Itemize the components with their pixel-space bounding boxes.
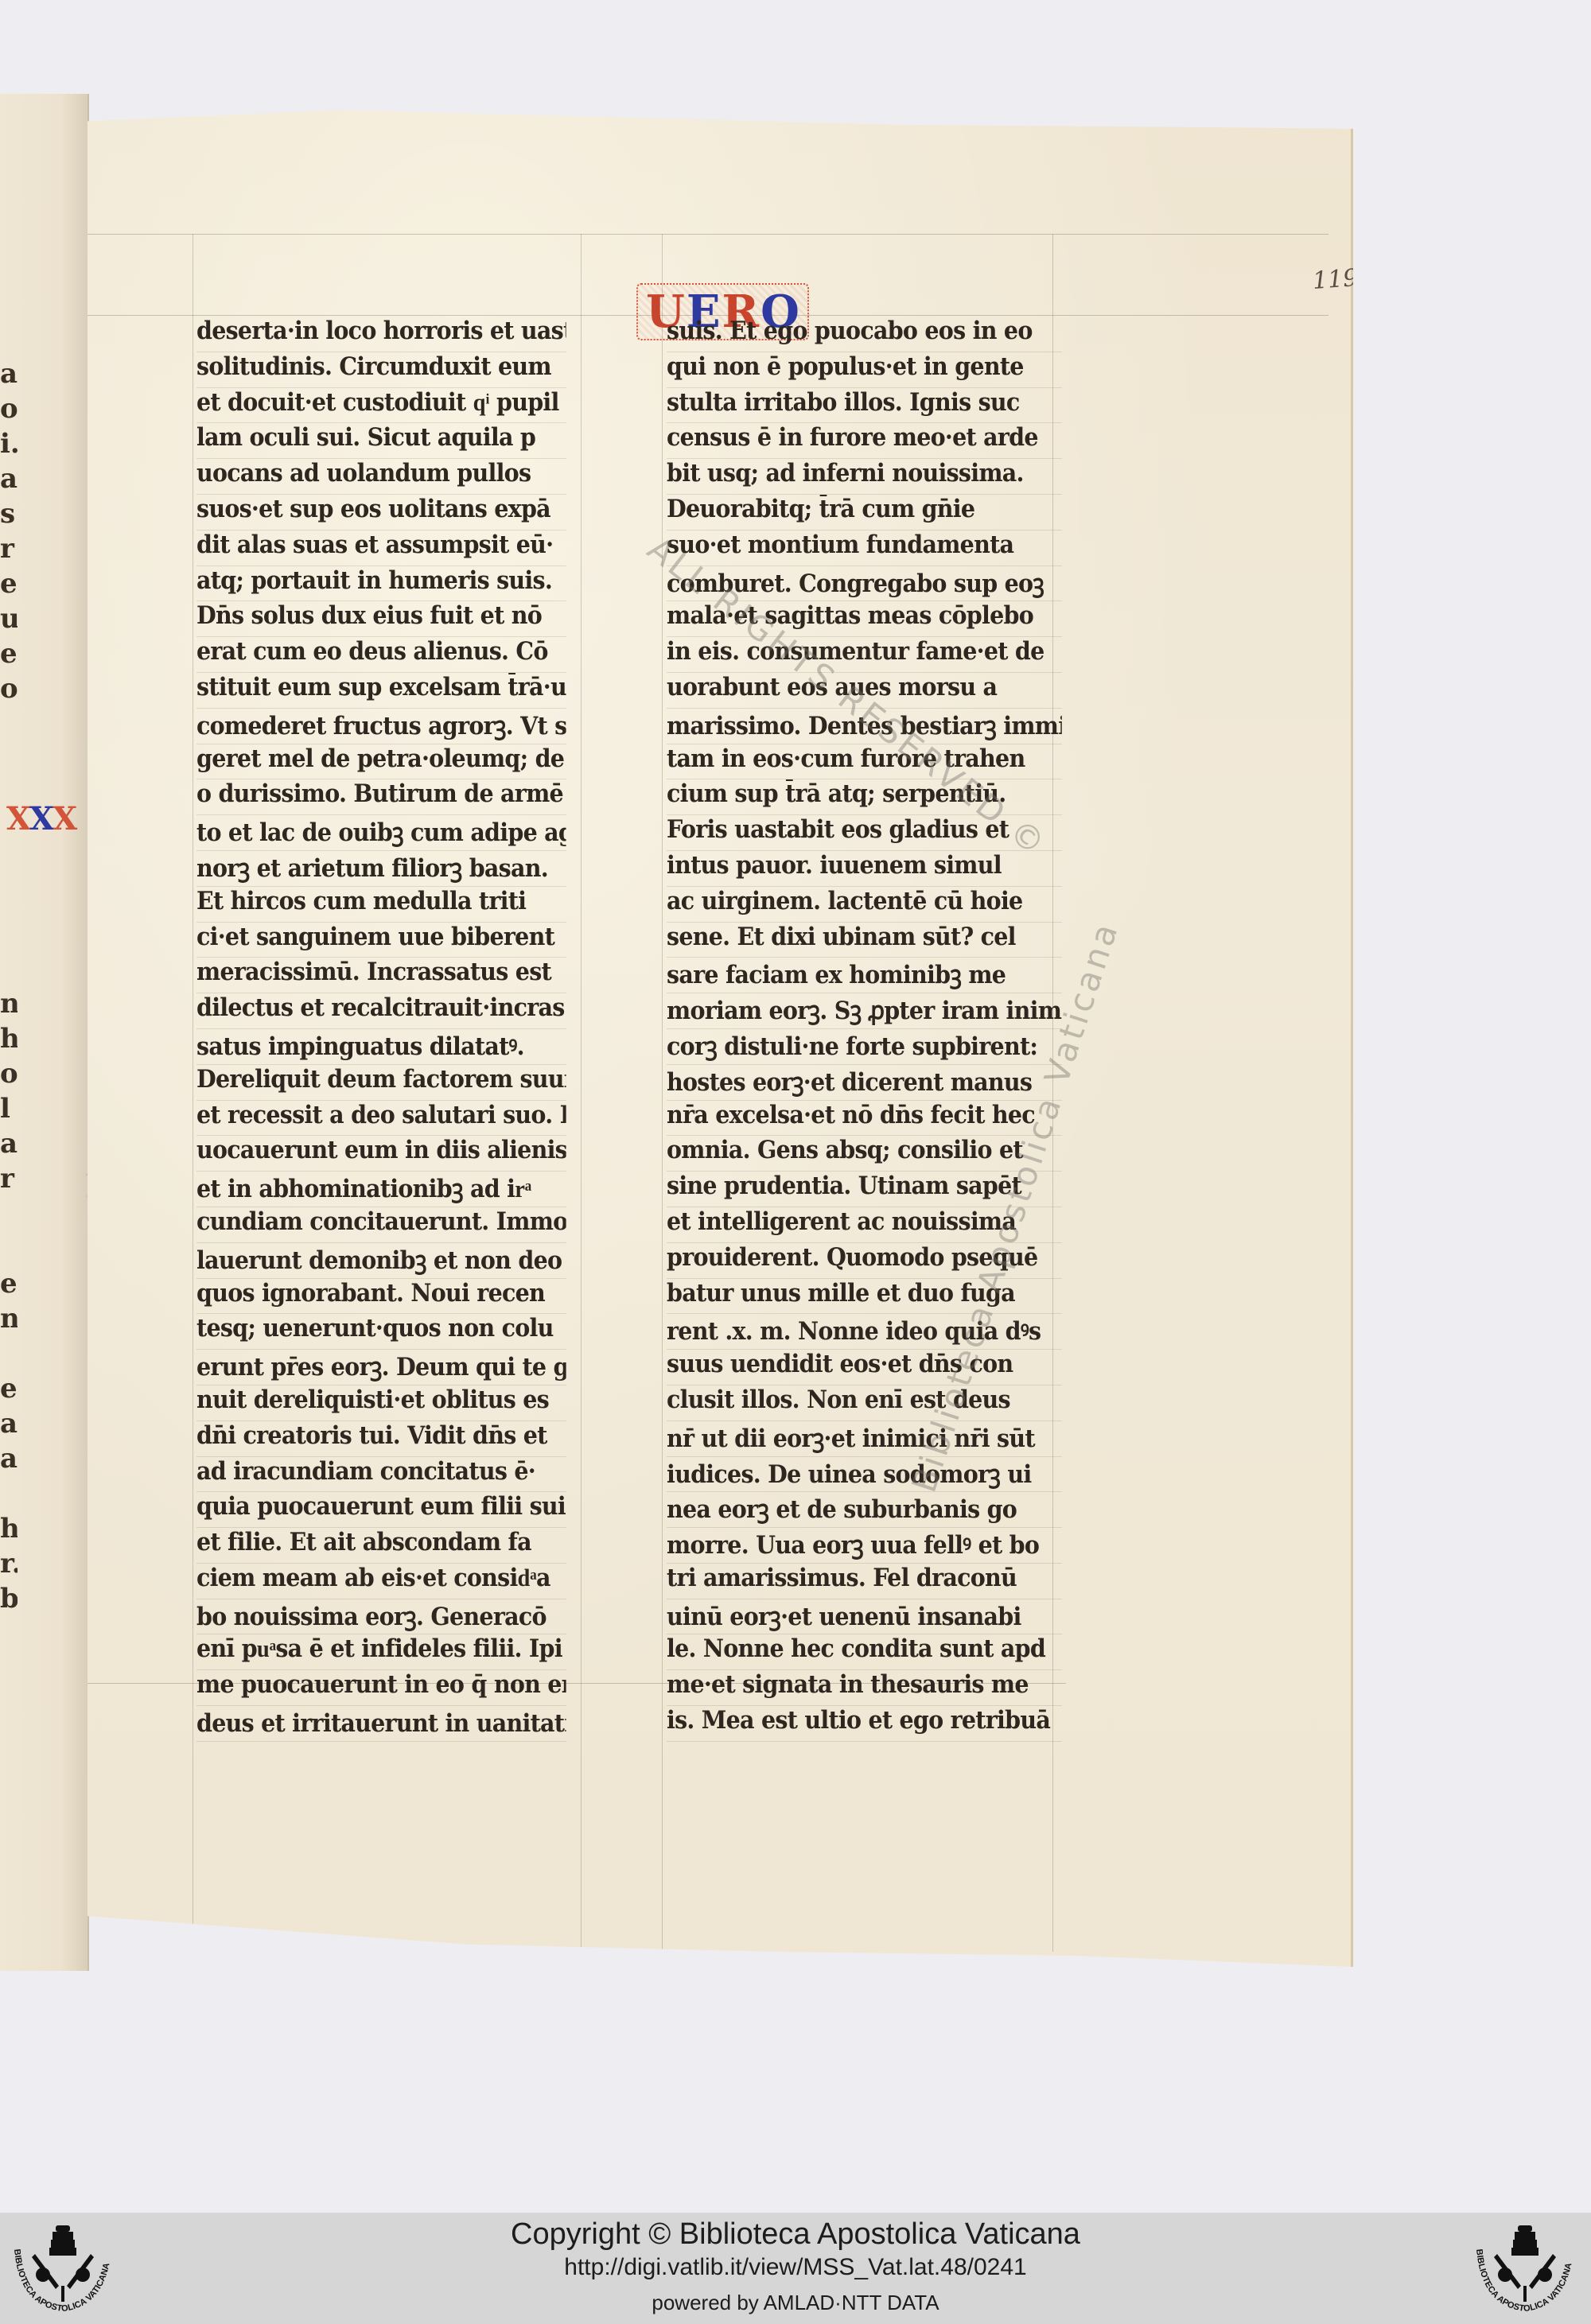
- manuscript-line: corꝫ distuli·ne forte supbirent:: [667, 1029, 1062, 1065]
- chapter-rubric-numeral: XXX: [6, 802, 84, 837]
- left-page-line-fragment: [0, 1476, 18, 1511]
- ruling-line-vertical: [193, 234, 193, 1952]
- manuscript-line: comederet fructus agrorꝫ. Vt sug: [196, 709, 566, 744]
- manuscript-line: me puocauerunt in eo q̄ non erat: [196, 1670, 566, 1706]
- left-page-line-fragment: a: [0, 1441, 18, 1476]
- manuscript-line: atq; portauit in humeris suis.: [196, 566, 566, 602]
- manuscript-line: sene. Et dixi ubinam sūt? cel: [667, 923, 1062, 958]
- manuscript-line: enī puͣsa ē et infideles filii. Ipi: [196, 1634, 566, 1670]
- manuscript-line: suos·et sup eos uolitans expā: [196, 495, 566, 530]
- manuscript-line: qui non ē populus·et in gente: [667, 352, 1062, 388]
- left-page-line-fragment: r.: [0, 1546, 18, 1581]
- manuscript-line: Deuorabitq; t̄rā cum gn̄ie: [667, 495, 1062, 530]
- powered-by-text: powered by AMLAD·NTT DATA: [0, 2291, 1591, 2315]
- manuscript-line: deus et irritauerunt in uanitatibꝰ: [196, 1706, 566, 1742]
- ruling-line-horizontal: [88, 234, 1328, 235]
- manuscript-line: uocauerunt eum in diis alienis.: [196, 1136, 566, 1172]
- manuscript-line: tam in eos·cum furore trahen: [667, 744, 1062, 780]
- manuscript-line: solitudinis. Circumduxit eum: [196, 352, 566, 388]
- manuscript-line: moriam eorꝫ. Sꝫ ꝓpter iram inimi: [667, 993, 1062, 1029]
- manuscript-line: sare faciam ex hominibꝫ me: [667, 958, 1062, 993]
- manuscript-line: omnia. Gens absq; consilio et: [667, 1136, 1062, 1172]
- manuscript-line: norꝫ et arietum filiorꝫ basan.: [196, 851, 566, 887]
- manuscript-line: to et lac de ouibꝫ cum adipe ag: [196, 815, 566, 851]
- vatican-library-seal-icon: BIBLIOTECA APOSTOLICA VATICANA: [1465, 2217, 1585, 2319]
- rubric-numeral-letter: X: [29, 800, 53, 837]
- manuscript-line: ciem meam ab eis·et considͣa: [196, 1564, 566, 1599]
- manuscript-line: et filie. Et ait abscondam fa: [196, 1528, 566, 1564]
- left-page-line-fragment: a: [0, 1126, 18, 1161]
- left-page-line-fragment: a: [0, 461, 18, 496]
- left-page-line-fragment: l: [0, 1091, 18, 1126]
- left-page-line-fragment: s: [0, 496, 18, 531]
- left-page-line-fragment: h: [0, 1021, 18, 1056]
- folio-number: 119: [1312, 264, 1360, 295]
- manuscript-line: ci·et sanguinem uue biberent: [196, 923, 566, 958]
- left-page-line-fragment: o: [0, 1056, 18, 1091]
- manuscript-line: cundiam concitauerunt. Immo: [196, 1207, 566, 1243]
- manuscript-line: morre. Uua eorꝫ uua fellꝰ et bo: [667, 1528, 1062, 1564]
- manuscript-line: et in abhominationibꝫ ad irͣ: [196, 1172, 566, 1207]
- manuscript-line: rent .x. m. Nonne ideo quia dꝰs: [667, 1314, 1062, 1350]
- left-page-line-fragment: o: [0, 391, 18, 426]
- manuscript-line: intus pauor. iuuenem simul: [667, 851, 1062, 887]
- rubric-numeral-letter: X: [6, 800, 29, 837]
- manuscript-line: geret mel de petra·oleumq; de sax: [196, 744, 566, 780]
- left-page-line-fragment: e: [0, 1371, 18, 1406]
- left-page-line-fragment: n: [0, 1301, 18, 1336]
- left-page-line-fragment: b: [0, 1581, 18, 1616]
- text-column-left: deserta·in loco horroris et uastesolitud…: [196, 317, 598, 1742]
- manuscript-line: Dn̄s solus dux eius fuit et nō: [196, 601, 566, 637]
- manuscript-line: stituit eum sup excelsam t̄rā·ut: [196, 673, 566, 709]
- manuscript-line: lauerunt demonibꝫ et non deo diis: [196, 1243, 566, 1279]
- manuscript-line: suus uendidit eos·et dn̄s con: [667, 1350, 1062, 1385]
- manuscript-line: clusit illos. Non enī est deus: [667, 1385, 1062, 1421]
- left-page-line-fragment: e: [0, 566, 18, 601]
- rubric-numeral-letter: X: [53, 800, 76, 837]
- manuscript-line: deserta·in loco horroris et uaste: [196, 317, 566, 352]
- manuscript-line: erunt pr̄es eorꝫ. Deum qui te ge: [196, 1350, 566, 1385]
- left-page-line-fragment: e: [0, 1266, 18, 1301]
- manuscript-line: suis. Et ego puocabo eos in eo: [667, 317, 1062, 352]
- manuscript-line: Dereliquit deum factorem suum.: [196, 1065, 566, 1101]
- manuscript-line: bo nouissima eorꝫ. Generacō: [196, 1599, 566, 1635]
- left-page-line-fragment: [0, 741, 18, 776]
- left-page-line-fragment: e: [0, 636, 18, 671]
- left-page-line-endings: aoi.asreueouenennholareneaahr.b: [0, 356, 18, 1616]
- manuscript-line: dilectus et recalcitrauit·incras: [196, 993, 566, 1029]
- left-page-verso: aoi.asreueouenennholareneaahr.b XXX: [0, 94, 89, 1971]
- left-page-line-fragment: [0, 951, 18, 986]
- left-page-line-fragment: r: [0, 1161, 18, 1196]
- manuscript-line: le. Nonne hec condita sunt apd: [667, 1634, 1062, 1670]
- left-page-line-fragment: u: [0, 601, 18, 636]
- manuscript-line: tri amarissimus. Fel draconū: [667, 1564, 1062, 1599]
- text-column-right: suis. Et ego puocabo eos in eoqui non ē …: [667, 317, 1096, 1742]
- manuscript-line: in eis. consumentur fame·et de: [667, 637, 1062, 673]
- manuscript-line: nr̄a excelsa·et nō dn̄s fecit hec: [667, 1101, 1062, 1137]
- manuscript-line: dn̄i creatoris tui. Vidit dn̄s et: [196, 1421, 566, 1457]
- manuscript-line: iudices. De uinea sodomorꝫ ui: [667, 1457, 1062, 1493]
- manuscript-line: meracissimū. Incrassatus est: [196, 958, 566, 993]
- manuscript-viewer[interactable]: aoi.asreueouenennholareneaahr.b XXX XXXI…: [0, 0, 1591, 2213]
- copyright-text: Copyright © Biblioteca Apostolica Vatica…: [0, 2217, 1591, 2252]
- manuscript-line: ad iracundiam concitatus ē·: [196, 1457, 566, 1493]
- manuscript-line: suo·et montium fundamenta: [667, 530, 1062, 566]
- manuscript-line: uinū eorꝫ·et uenenū insanabi: [667, 1599, 1062, 1635]
- left-page-line-fragment: [0, 1231, 18, 1266]
- top-margin-note: 406: [688, 105, 715, 122]
- ruling-line-vertical: [662, 234, 663, 1952]
- left-page-line-fragment: a: [0, 1406, 18, 1441]
- left-page-line-fragment: [0, 706, 18, 741]
- left-page-line-fragment: a: [0, 356, 18, 391]
- manuscript-line: census ē in furore meo·et arde: [667, 423, 1062, 459]
- manuscript-line: et recessit a deo salutari suo. P: [196, 1101, 566, 1137]
- manuscript-line: quia puocauerunt eum filii sui: [196, 1492, 566, 1528]
- manuscript-line: bit usq; ad inferni nouissima.: [667, 459, 1062, 495]
- svg-text:BIBLIOTECA APOSTOLICA VATICANA: BIBLIOTECA APOSTOLICA VATICANA: [1474, 2248, 1574, 2314]
- left-page-line-fragment: i.: [0, 426, 18, 461]
- permalink-url[interactable]: http://digi.vatlib.it/view/MSS_Vat.lat.4…: [0, 2254, 1591, 2281]
- left-page-line-fragment: [0, 1196, 18, 1231]
- manuscript-line: lam oculi sui. Sicut aquila p: [196, 423, 566, 459]
- manuscript-line: nr̄ ut dii eorꝫ·et inimici nr̄i sūt: [667, 1421, 1062, 1457]
- manuscript-line: stulta irritabo illos. Ignis suc: [667, 388, 1062, 424]
- copyright-footer: BIBLIOTECA APOSTOLICA VATICANA Copyright…: [0, 2213, 1591, 2324]
- manuscript-line: quos ignorabant. Noui recen: [196, 1279, 566, 1315]
- manuscript-line: Et hircos cum medulla triti: [196, 887, 566, 923]
- manuscript-line: satus impinguatus dilatatꝰ.: [196, 1029, 566, 1065]
- manuscript-line: is. Mea est ultio et ego retribuā: [667, 1706, 1062, 1742]
- manuscript-line: me·et signata in thesauris me: [667, 1670, 1062, 1706]
- manuscript-line: ac uirginem. lactentē cū hoie: [667, 887, 1062, 923]
- left-page-line-fragment: [0, 1336, 18, 1371]
- left-page-line-fragment: n: [0, 986, 18, 1021]
- manuscript-line: erat cum eo deus alienus. Cō: [196, 637, 566, 673]
- manuscript-line: uocans ad uolandum pullos: [196, 459, 566, 495]
- manuscript-line: o durissimo. Butirum de armē: [196, 779, 566, 815]
- manuscript-line: hostes eorꝫ·et dicerent manus: [667, 1065, 1062, 1101]
- manuscript-line: nea eorꝫ et de suburbanis go: [667, 1492, 1062, 1528]
- manuscript-line: et docuit·et custodiuit qͥ pupil: [196, 388, 566, 424]
- left-page-line-fragment: r: [0, 531, 18, 566]
- manuscript-line: tesq; uenerunt·quos non colu: [196, 1314, 566, 1350]
- left-page-line-fragment: h: [0, 1511, 18, 1546]
- manuscript-line: dit alas suas et assumpsit eū·: [196, 530, 566, 566]
- left-page-line-fragment: o: [0, 671, 18, 706]
- manuscript-line: nuit dereliquisti·et oblitus es: [196, 1385, 566, 1421]
